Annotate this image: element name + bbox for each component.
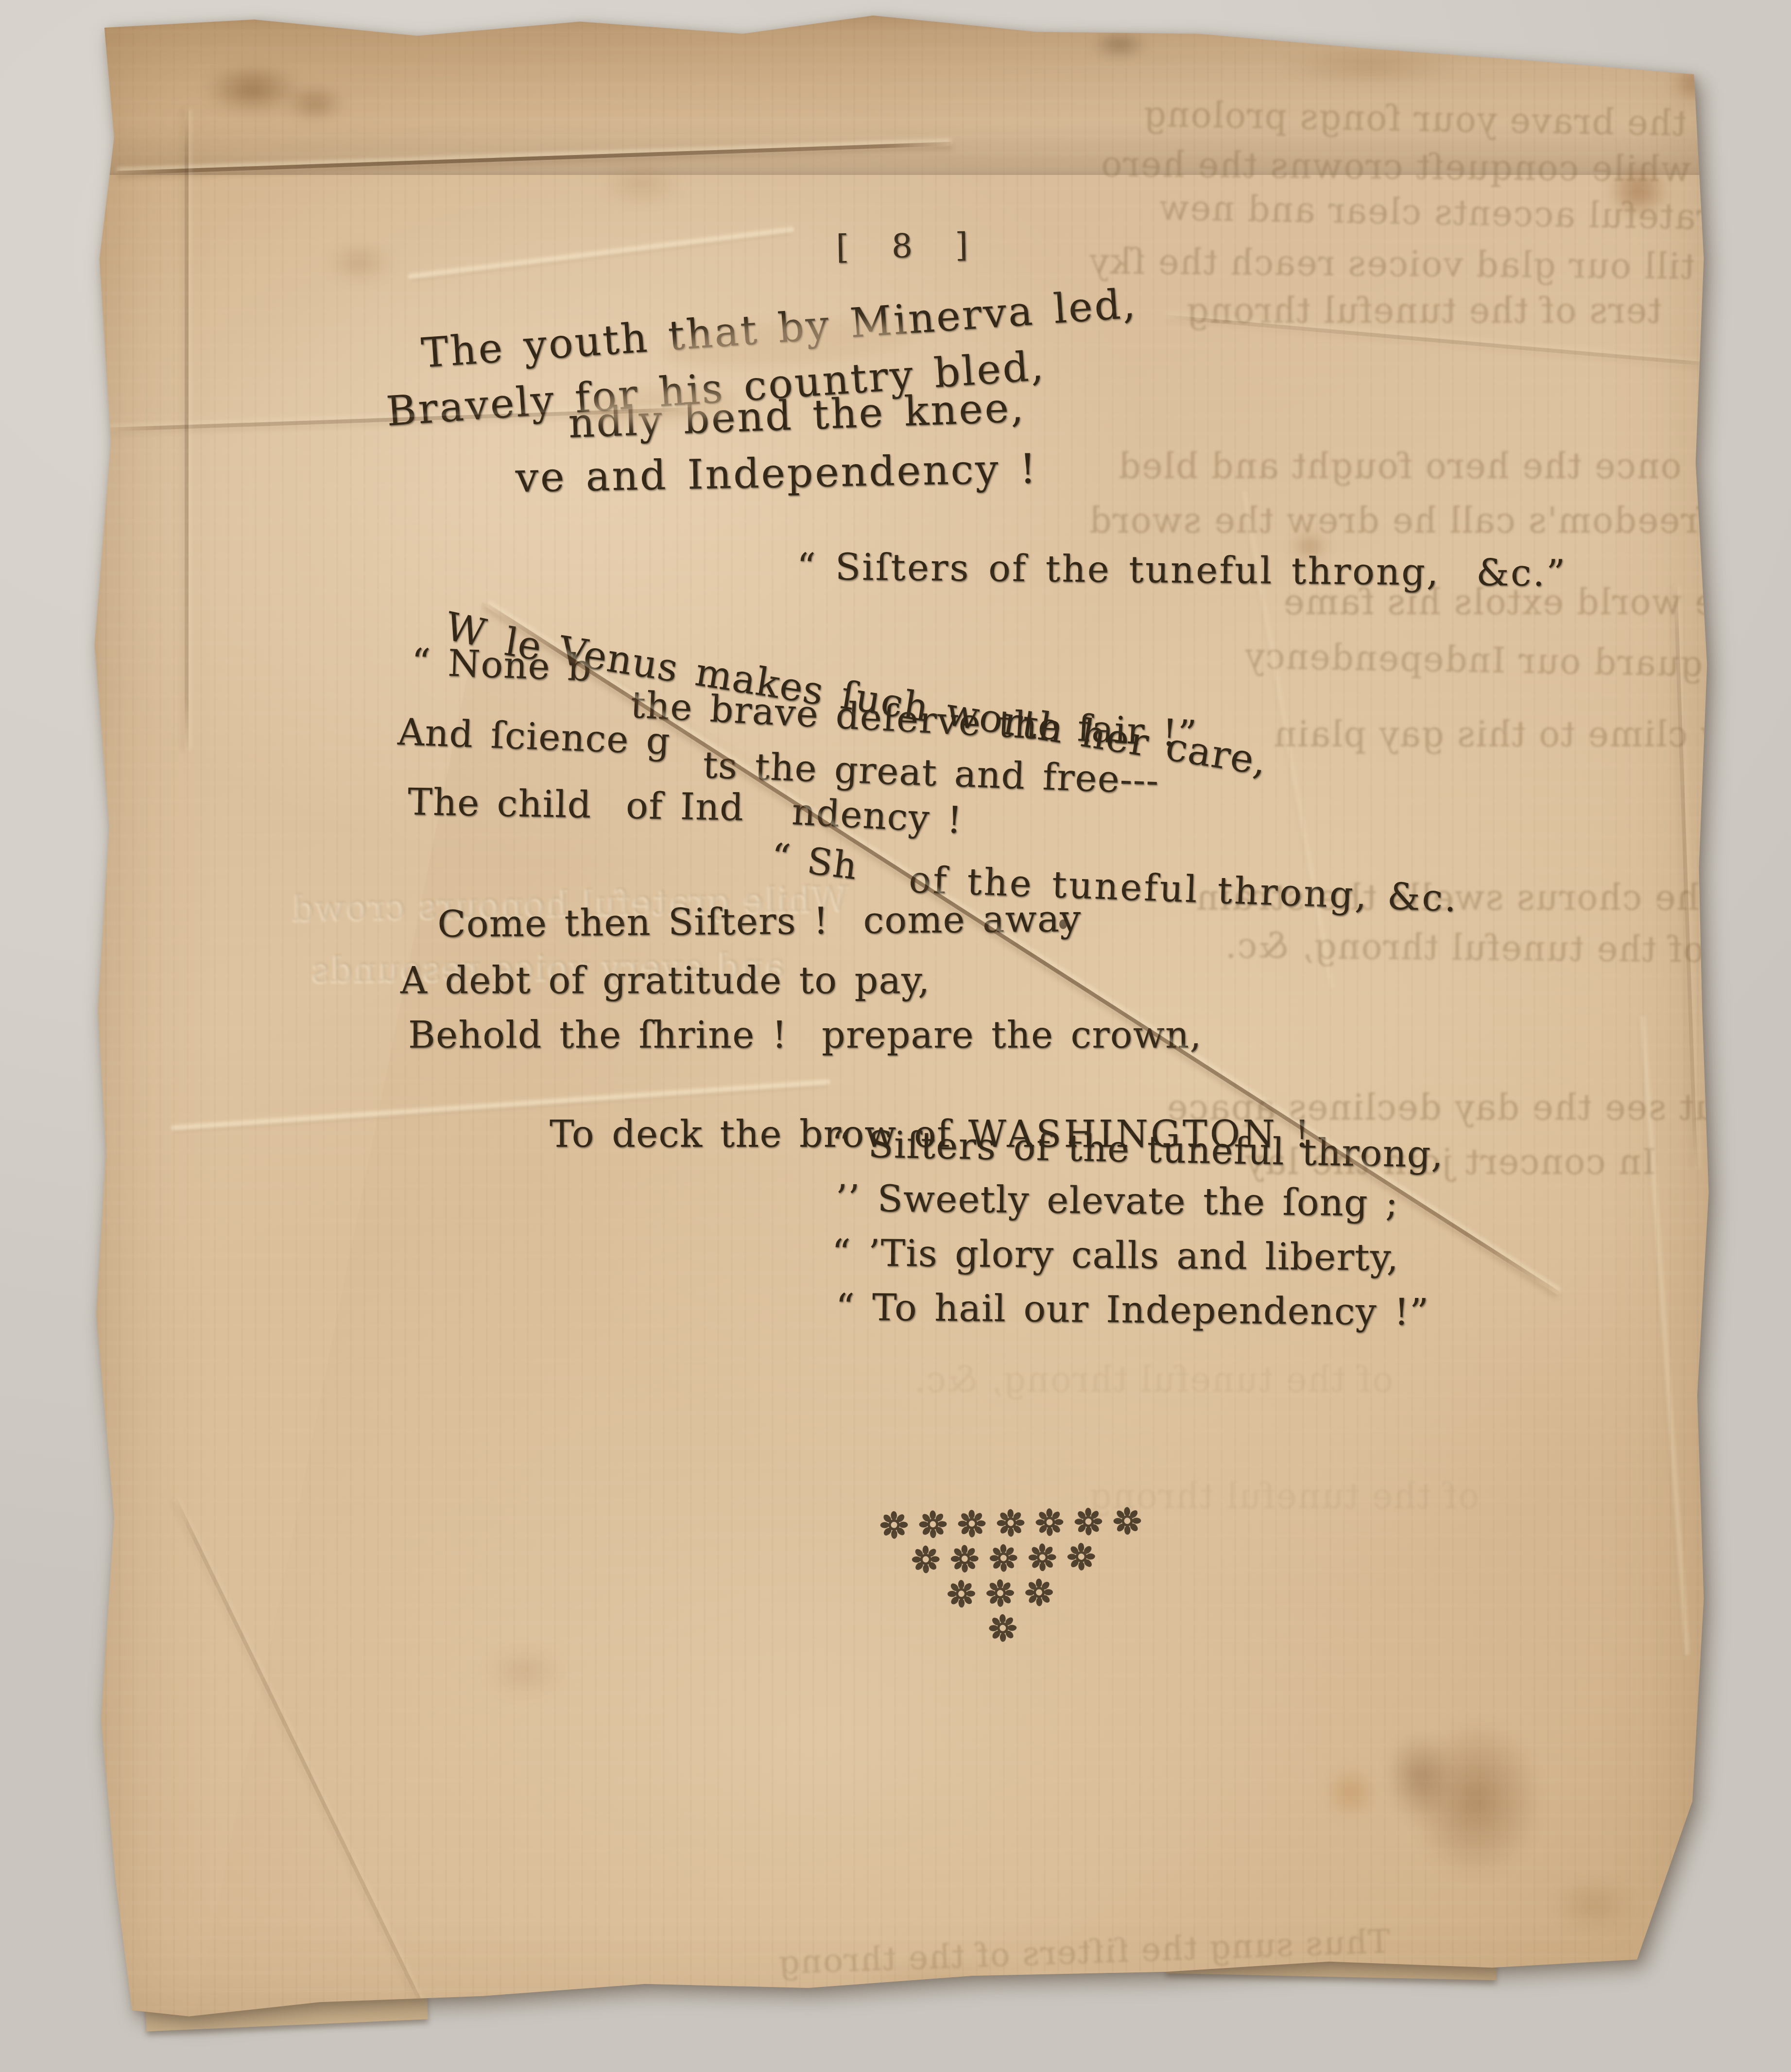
- poem-line: A debt of gratitude to pay,: [400, 960, 930, 1003]
- stain: [1244, 39, 1497, 93]
- poem-line-fragment: The child of Ind: [407, 781, 744, 830]
- stain: [466, 1633, 583, 1710]
- stain: [1312, 1753, 1390, 1831]
- stain: [583, 155, 700, 214]
- rosette-icon: [995, 1508, 1024, 1537]
- rosette-icon: [1033, 1507, 1063, 1537]
- poem-line: “ To hail our Independency !”: [835, 1287, 1429, 1335]
- stain: [1594, 152, 1683, 229]
- ghost-text-line: till our glad voices reach the ſky: [1088, 242, 1695, 289]
- rosette-icon: [946, 1579, 975, 1608]
- poem-line: “ ’Tis glory calls and liberty,: [831, 1232, 1399, 1280]
- rosette-icon: [1023, 1577, 1053, 1607]
- poem-line-fragment: And ſcience g: [397, 711, 671, 764]
- ghost-text-line: To guard our Independency: [1243, 637, 1758, 687]
- rosette-icon: [1066, 1542, 1095, 1571]
- ghost-text-line: with grateful accents clear and new: [1158, 189, 1791, 241]
- stain: [1701, 1341, 1778, 1458]
- ghost-text-line: Sons of the brave your ſongs prolong: [1142, 95, 1791, 148]
- large-stain-core: [1372, 1714, 1465, 1839]
- light-fold-highlight: [408, 225, 794, 282]
- stain: [1535, 1866, 1652, 1944]
- refrain-line: “ Siſters of the tuneful throng, &c.”: [796, 546, 1567, 596]
- ghost-text-line: ters of the tuneful throng, &c.: [1224, 927, 1790, 972]
- ghost-text-line: From ev'ry clime to this gay plain: [1273, 715, 1791, 756]
- rosette-icon: [956, 1509, 986, 1538]
- rosette-icon: [987, 1613, 1016, 1643]
- left-vertical-fold: [185, 109, 189, 750]
- poem-line-fragment: ndency !: [791, 791, 963, 843]
- ghost-text-line: while conqueſt crowns the hero: [1100, 145, 1691, 191]
- refrain-line-fragment: “ Sh: [768, 836, 860, 889]
- folio-page-number: [ 8 ]: [836, 227, 982, 268]
- poem-line: Behold the ſhrine ! prepare the crown,: [408, 1015, 1202, 1057]
- rosette-icon: [910, 1545, 940, 1574]
- ornament-row: [834, 1575, 1165, 1610]
- right-edge-wrinkle: [1637, 1015, 1692, 1656]
- photograph-of-broadside: Sons of the brave your ſongs prolong whi…: [0, 0, 1791, 2072]
- ornament-row: [844, 1505, 1175, 1540]
- bottom-left-crease: [173, 1498, 432, 2023]
- punctuation-remnant: [1059, 919, 1067, 929]
- rosette-icon: [1111, 1506, 1141, 1536]
- stain: [1081, 27, 1158, 62]
- ghost-text-line: At freedom's call he drew the sword: [1088, 501, 1764, 542]
- poem-line: ’’ Sweetly elevate the ſong ;: [835, 1178, 1398, 1226]
- top-fold-crease: [117, 142, 952, 175]
- stain: [272, 78, 358, 128]
- stain: [311, 233, 408, 292]
- ghost-text-line: Thus sung the ſiſters of the throng: [777, 1923, 1391, 1984]
- rosette-icon: [917, 1509, 947, 1539]
- stain: [185, 54, 321, 124]
- poem-line-fragment: ve and Independency !: [515, 446, 1038, 501]
- paper-surface: Sons of the brave your ſongs prolong whi…: [91, 16, 1720, 2045]
- poem-line-fragment: “ None b: [411, 641, 592, 691]
- rosette-icon: [1027, 1542, 1056, 1572]
- top-fold-flap-shading: [91, 16, 1720, 175]
- rosette-icon: [988, 1543, 1017, 1573]
- ornament-tailpiece: [844, 1505, 1177, 1651]
- poem-line: Come then Siſters ! come away: [437, 898, 1082, 947]
- ornament-row: [837, 1540, 1168, 1575]
- rosette-icon: [949, 1544, 979, 1573]
- large-stain: [1384, 1687, 1568, 1911]
- rosette-icon: [1072, 1507, 1102, 1537]
- right-edge-wrinkle: [1673, 585, 1698, 1168]
- ghost-text-line: Where once the hero fought and bled: [1118, 447, 1791, 488]
- rosette-icon: [984, 1578, 1014, 1608]
- rosette-icon: [878, 1510, 908, 1540]
- ghost-text-line: ters of the tuneful throng: [1186, 292, 1662, 332]
- top-right-crease: [1166, 315, 1728, 368]
- paper-sheet: Sons of the brave your ſongs prolong whi…: [91, 16, 1720, 2045]
- stain: [1664, 58, 1722, 109]
- ornament-row: [836, 1610, 1167, 1645]
- stain: [816, 1953, 1069, 2004]
- ghost-text-line: of the tuneful throng, &c.: [913, 1361, 1394, 1401]
- stain: [1687, 797, 1791, 972]
